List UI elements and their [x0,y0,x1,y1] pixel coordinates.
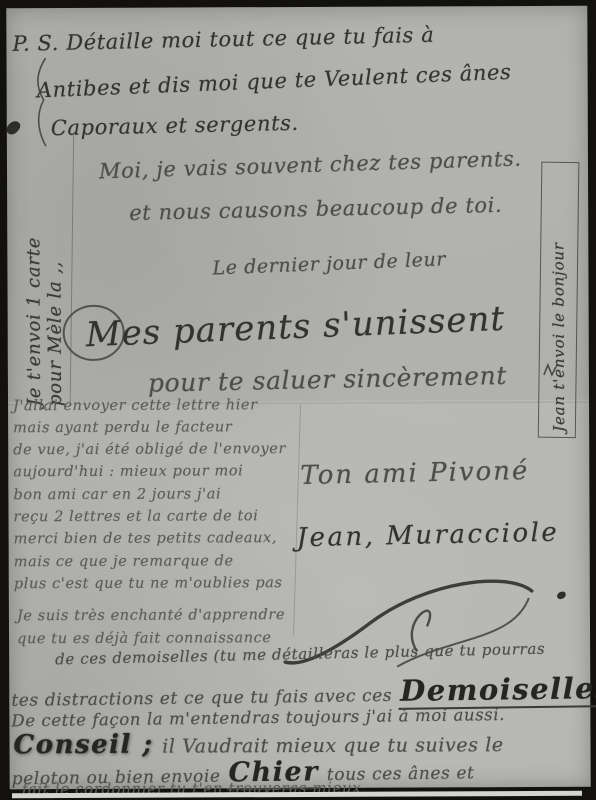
scan-edge-highlight [12,791,582,798]
paragraph-line-1: J'allai envoyer cette lettre hier [13,397,258,414]
closing-word-conseil: Conseil ; [11,730,155,761]
paragraph-line-3: de vue, j'ai été obligé de l'envoyer [13,441,286,458]
signature-name: Jean, Muracciole [296,518,559,554]
letter-scan-page: { "document_kind": "handwritten-letter-s… [0,0,596,800]
right-margin-note: Jean t'envoi le bonjour [549,170,568,432]
left-margin-note: Je t'envoi 1 carte pour Mèle la ,, [23,124,66,406]
paragraph-line-2: mais ayant perdu le facteur [13,419,232,436]
closing-word-demoiselles: Demoiselles [398,671,596,710]
paragraph-line-8: mais ce que je remarque de [14,553,234,570]
paragraph-line-6: reçu 2 lettres et la carte de toi [13,508,258,525]
paragraph-line-11: que tu es déjà fait connaissance [17,630,272,647]
paragraph-line-10: Je suis très enchanté d'apprendre [17,607,285,624]
signature-salutation: Ton ami Pivoné [300,456,530,491]
left-margin-line-1: Je t'envoi 1 carte [23,124,45,406]
right-margin-line: Jean t'envoi le bonjour [549,170,568,432]
letter-paper: P. S. Détaille moi tout ce que tu fais à… [6,6,590,790]
paragraph-line-4: aujourd'hui : mieux pour moi [13,463,243,480]
ink-speck [556,591,567,600]
left-margin-line-2: pour Mèle la ,, [44,124,66,406]
paragraph-line-5: bon ami car en 2 jours j'ai [13,486,221,503]
paragraph-line-9: plus c'est que tu ne m'oublies pas [14,575,283,592]
paragraph-line-7: merci bien de tes petits cadeaux, [14,530,277,547]
